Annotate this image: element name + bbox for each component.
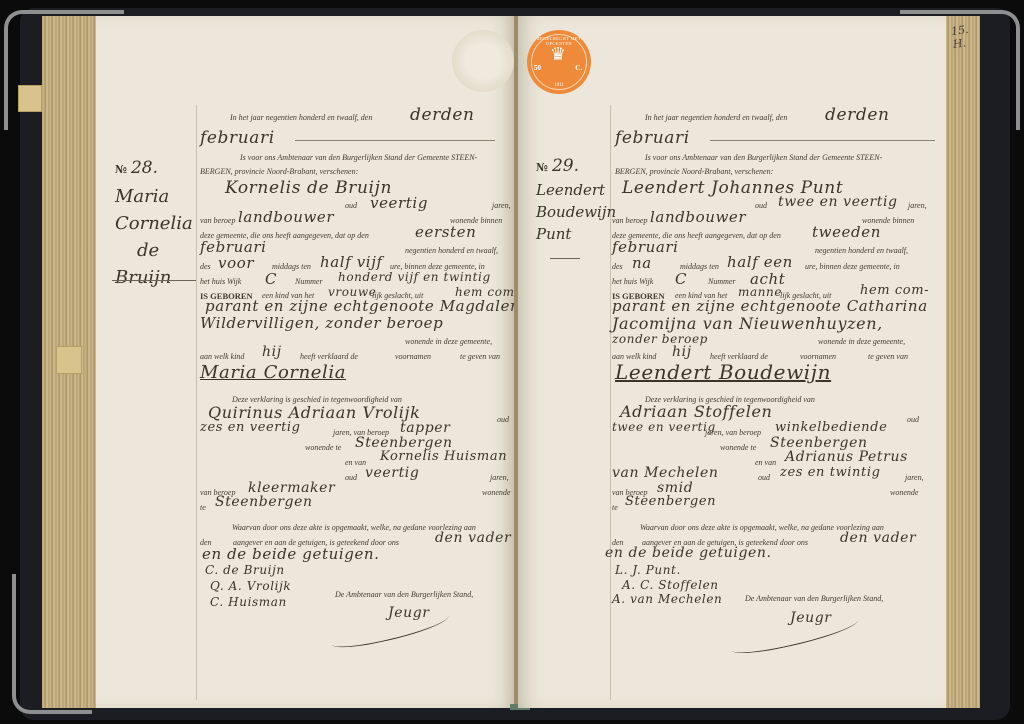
folio-number: 15. H. — [950, 23, 971, 51]
signature: C. Huisman — [210, 595, 287, 609]
record-number: 29. — [552, 156, 579, 176]
signature: A. C. Stoffelen — [622, 578, 719, 592]
child-first-name: Maria — [115, 183, 193, 210]
mother-name: parant en zijne echtgenoote Magdalena — [205, 297, 530, 315]
mother-name: parant en zijne echtgenoote Catharina — [612, 297, 928, 315]
child-surname: Bruijn — [115, 264, 193, 291]
left-margin-entry: №28. Maria Cornelia de Bruijn — [115, 155, 193, 291]
signature: C. de Bruijn — [205, 563, 285, 577]
page-edges-right — [945, 16, 980, 708]
witness-2-name: Adrianus Petrus — [785, 449, 908, 465]
paper-tab-top — [18, 85, 42, 112]
child-surname: Punt — [536, 223, 616, 245]
margin-underline — [112, 280, 196, 281]
margin-underline — [550, 258, 580, 259]
margin-rule-left — [196, 105, 197, 700]
witness-2-name: Kornelis Huisman — [380, 449, 507, 464]
child-given-names: Maria Cornelia — [200, 362, 346, 383]
child-middle-name: Cornelia — [115, 210, 193, 237]
signature: L. J. Punt. — [615, 563, 681, 577]
official-label: De Ambtenaar van den Burgerlijken Stand, — [745, 594, 883, 603]
embossed-seal — [452, 30, 514, 92]
revenue-stamp: ZEGELRECHT MET OPCENTEN ♛ 50 C. 1911 — [527, 30, 591, 94]
child-prefix: de — [115, 237, 193, 264]
record-number: 28. — [131, 158, 158, 178]
crown-crest-icon: ♛ — [550, 44, 566, 65]
right-margin-entry: №29. Leendert Boudewijn Punt — [536, 155, 616, 245]
child-given-names: Leendert Boudewijn — [615, 360, 831, 384]
declarant-name: Kornelis de Bruijn — [225, 178, 392, 198]
official-label: De Ambtenaar van den Burgerlijken Stand, — [335, 590, 473, 599]
child-first-name: Leendert — [536, 179, 616, 201]
signature: Q. A. Vrolijk — [210, 579, 291, 593]
child-middle-name: Boudewijn — [536, 201, 616, 223]
witness-1-name: Adriaan Stoffelen — [620, 402, 772, 421]
paper-tab-middle — [56, 346, 82, 374]
signature: A. van Mechelen — [612, 592, 722, 606]
